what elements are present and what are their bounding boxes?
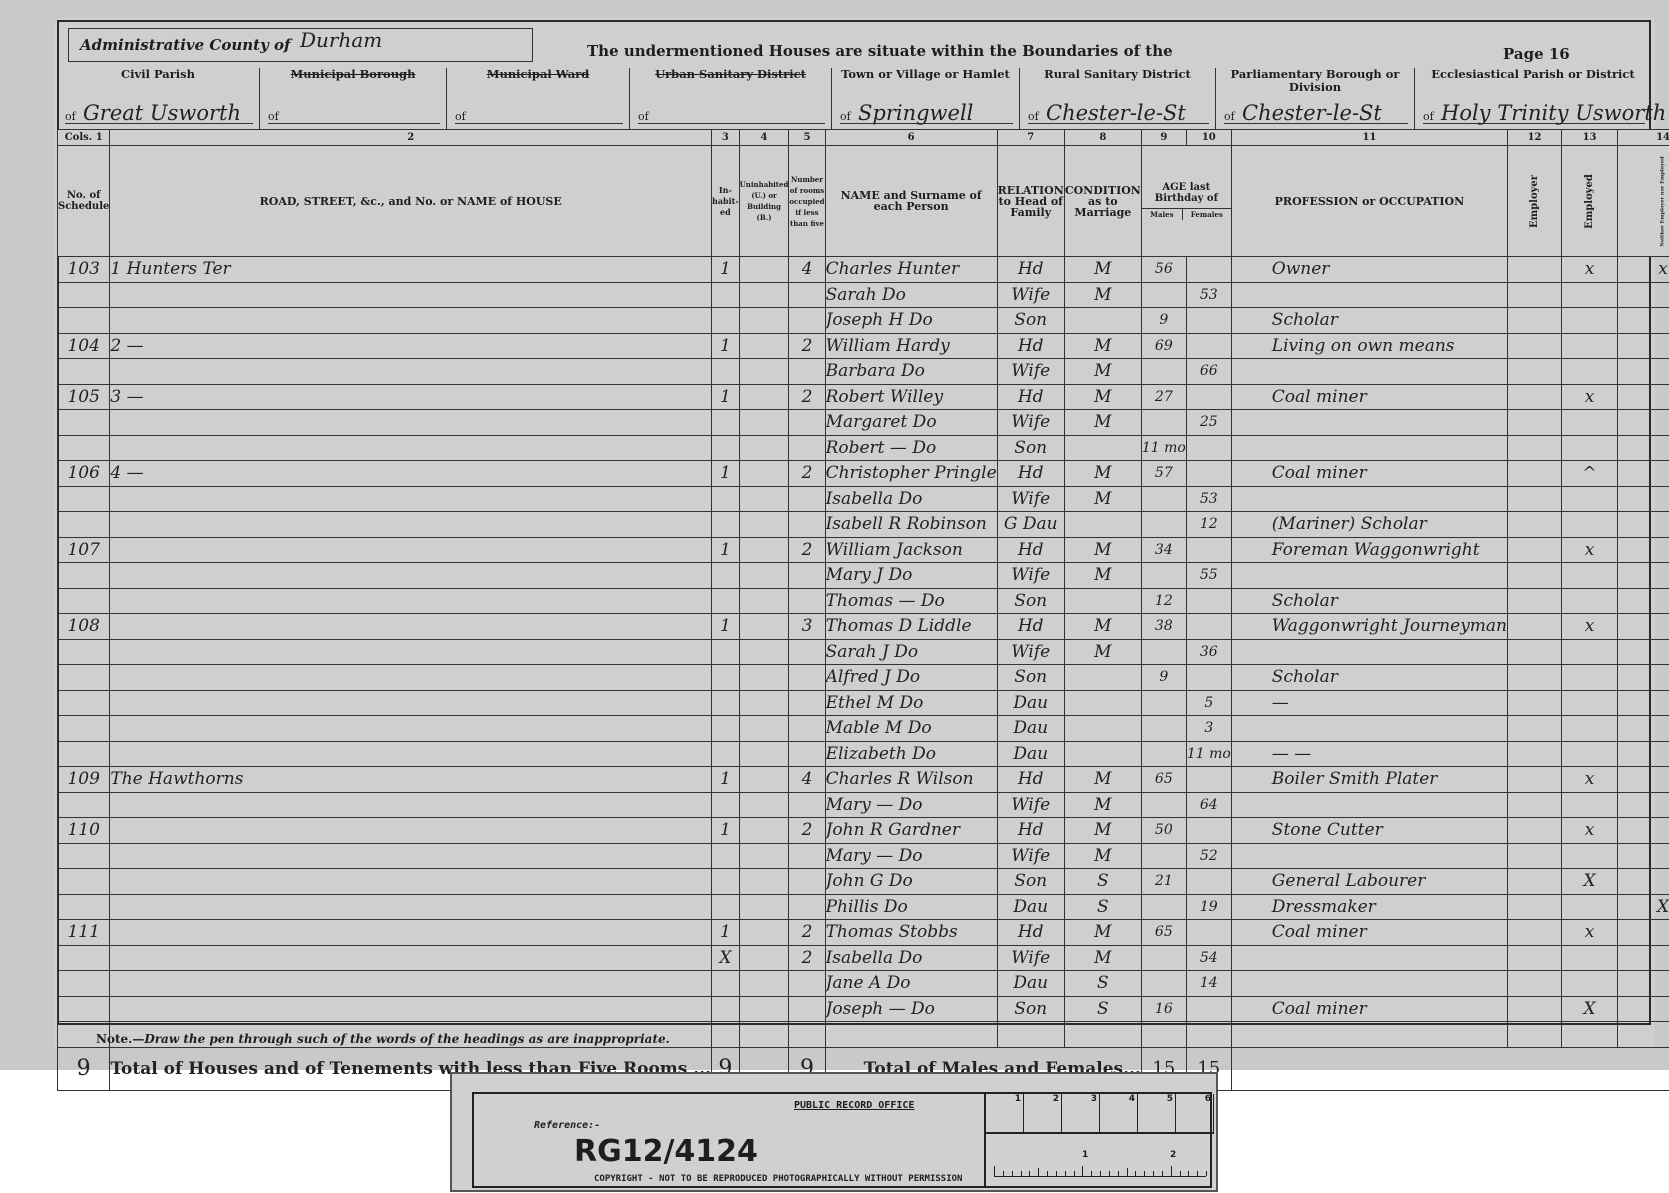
schedule-cell (58, 359, 110, 385)
rooms-cell: 4 (789, 257, 825, 283)
male-age-cell: 21 (1141, 869, 1186, 895)
schedule-cell (58, 410, 110, 436)
ruler-tick (1056, 1171, 1057, 1176)
table-row: Joseph — DoSonS16Coal minerX— Bishop Auc… (58, 996, 1669, 1022)
table-row: Alfred J DoSon9ScholarDo Birtley (58, 665, 1669, 691)
rooms-cell (789, 665, 825, 691)
employed-cell (1562, 1022, 1618, 1048)
heading-uninhabited: Uninhabited (U.) or Building (B.) (739, 146, 789, 257)
occupation-cell (1231, 563, 1507, 589)
condition-cell (1064, 741, 1141, 767)
name-cell: Charles Hunter (825, 257, 997, 283)
occupation-cell: Scholar (1231, 665, 1507, 691)
uninhabited-cell (739, 639, 789, 665)
male-age-cell: 9 (1141, 308, 1186, 334)
female-age-cell (1186, 435, 1231, 461)
table-row: 11112Thomas StobbsHdM65Coal minerx— Wols… (58, 920, 1669, 946)
uninhabited-cell (739, 384, 789, 410)
rooms-cell: 2 (789, 920, 825, 946)
employed-cell: x (1562, 767, 1618, 793)
occupation-cell: Coal miner (1231, 996, 1507, 1022)
inhabited-cell (712, 665, 740, 691)
name-cell: Thomas — Do (825, 588, 997, 614)
of-label: of (268, 110, 279, 123)
female-age-cell (1186, 920, 1231, 946)
male-age-cell (1141, 716, 1186, 742)
table-row: Sarah DoWifeM53— Hetton le Hole (58, 282, 1669, 308)
male-age-cell (1141, 359, 1186, 385)
road-cell (110, 308, 712, 334)
employer-cell (1508, 818, 1562, 844)
employed-cell: X (1562, 869, 1618, 895)
female-age-cell: 36 (1186, 639, 1231, 665)
male-age-cell: 69 (1141, 333, 1186, 359)
column-number: 8 (1064, 130, 1141, 146)
employer-cell (1508, 971, 1562, 997)
of-label: of (1423, 110, 1434, 123)
ruler-cm-mark: 6 (1176, 1094, 1214, 1132)
inhabited-cell (712, 486, 740, 512)
schedule-cell: 105 (58, 384, 110, 410)
district-label: Parliamentary Borough or Division (1216, 68, 1414, 94)
column-number: 6 (825, 130, 997, 146)
name-cell: Sarah Do (825, 282, 997, 308)
male-age-cell: 27 (1141, 384, 1186, 410)
neither-cell (1617, 359, 1669, 385)
road-cell: 4 — (110, 461, 712, 487)
road-cell (110, 843, 712, 869)
inhabited-cell (712, 410, 740, 436)
ruler-cm-mark: 4 (1100, 1094, 1138, 1132)
male-age-cell (1141, 563, 1186, 589)
schedule-cell (58, 282, 110, 308)
condition-cell: M (1064, 257, 1141, 283)
male-age-cell: 12 (1141, 588, 1186, 614)
employed-cell (1562, 563, 1618, 589)
table-row: X2Isabella DoWifeM54Northumberland (58, 945, 1669, 971)
male-age-cell: 50 (1141, 818, 1186, 844)
female-age-cell (1186, 818, 1231, 844)
schedule-cell (58, 308, 110, 334)
female-age-cell (1186, 537, 1231, 563)
relation-cell: Hd (997, 461, 1064, 487)
ruler-tick (1135, 1171, 1136, 1176)
female-age-cell (1186, 384, 1231, 410)
condition-cell: M (1064, 792, 1141, 818)
employer-cell (1508, 741, 1562, 767)
inhabited-cell: 1 (712, 920, 740, 946)
occupation-cell: Living on own means (1231, 333, 1507, 359)
district-value-line: ofChester-le-St (1028, 99, 1209, 124)
name-cell: Sarah J Do (825, 639, 997, 665)
occupation-cell: — (1231, 690, 1507, 716)
road-cell (110, 971, 712, 997)
road-cell (110, 588, 712, 614)
ruler-tick (1180, 1171, 1181, 1176)
of-label: of (455, 110, 466, 123)
inhabited-cell: 1 (712, 384, 740, 410)
schedule-cell: 107 (58, 537, 110, 563)
uninhabited-cell (739, 767, 789, 793)
name-cell: Isabell R Robinson (825, 512, 997, 538)
column-number: 14 (1617, 130, 1669, 146)
name-cell: Charles R Wilson (825, 767, 997, 793)
employer-cell (1508, 512, 1562, 538)
neither-cell (1617, 537, 1669, 563)
schedule-cell (58, 563, 110, 589)
employer-cell (1508, 435, 1562, 461)
female-age-cell (1186, 869, 1231, 895)
condition-cell: M (1064, 486, 1141, 512)
occupation-cell (1231, 359, 1507, 385)
female-age-cell (1186, 257, 1231, 283)
ruler-tick (1109, 1171, 1110, 1176)
road-cell (110, 435, 712, 461)
condition-cell: M (1064, 384, 1141, 410)
heading-relation: RELATION to Head of Family (997, 146, 1064, 257)
ruler-tick (1091, 1171, 1092, 1176)
condition-cell: M (1064, 563, 1141, 589)
heading-females: Females (1182, 209, 1231, 220)
heading-condition: CONDITION as to Marriage (1064, 146, 1141, 257)
condition-cell: M (1064, 945, 1141, 971)
employer-cell (1508, 537, 1562, 563)
employed-cell (1562, 282, 1618, 308)
condition-cell (1064, 512, 1141, 538)
column-number: 4 (739, 130, 789, 146)
page-title: The undermentioned Houses are situate wi… (587, 42, 1173, 60)
employed-cell (1562, 971, 1618, 997)
uninhabited-cell (739, 971, 789, 997)
relation-cell: Hd (997, 920, 1064, 946)
employed-cell: ^ (1562, 461, 1618, 487)
census-table: Cols. 12345678910111213141516 No. of Sch… (57, 129, 1669, 1091)
name-cell: John G Do (825, 869, 997, 895)
table-row: Mary — DoWifeM52— Stanhope (58, 843, 1669, 869)
occupation-cell (1231, 282, 1507, 308)
condition-cell: S (1064, 869, 1141, 895)
road-cell (110, 716, 712, 742)
female-age-cell: 25 (1186, 410, 1231, 436)
employer-cell (1508, 308, 1562, 334)
female-age-cell: 55 (1186, 563, 1231, 589)
relation-cell: Wife (997, 843, 1064, 869)
relation-cell: Wife (997, 945, 1064, 971)
rooms-cell (789, 588, 825, 614)
of-label: of (840, 110, 851, 123)
footnote-label: Note.— (96, 1032, 144, 1046)
ruler-tick (1162, 1171, 1163, 1176)
employed-cell (1562, 639, 1618, 665)
neither-cell (1617, 588, 1669, 614)
schedule-cell (58, 971, 110, 997)
occupation-cell (1231, 843, 1507, 869)
schedule-cell (58, 588, 110, 614)
occupation-cell (1231, 716, 1507, 742)
table-row: Mary — DoWifeM64Northumberland Newburn (58, 792, 1669, 818)
employer-cell (1508, 257, 1562, 283)
rooms-cell (789, 563, 825, 589)
employer-cell (1508, 690, 1562, 716)
rooms-cell: 3 (789, 614, 825, 640)
neither-cell (1617, 614, 1669, 640)
employer-cell (1508, 614, 1562, 640)
table-row: Mary J DoWifeM55Northumberland Allendale (58, 563, 1669, 589)
road-cell (110, 920, 712, 946)
relation-cell: Wife (997, 359, 1064, 385)
condition-cell (1064, 716, 1141, 742)
condition-cell: M (1064, 282, 1141, 308)
male-age-cell (1141, 282, 1186, 308)
male-age-cell (1141, 410, 1186, 436)
rooms-cell (789, 282, 825, 308)
uninhabited-cell (739, 588, 789, 614)
relation-cell: Son (997, 869, 1064, 895)
schedule-cell (58, 792, 110, 818)
relation-cell: Hd (997, 614, 1064, 640)
table-row: Thomas — DoSon12ScholarDurham Fence Hous… (58, 588, 1669, 614)
district-value-line: of (638, 99, 825, 124)
uninhabited-cell (739, 614, 789, 640)
condition-cell: M (1064, 920, 1141, 946)
male-age-cell: 34 (1141, 537, 1186, 563)
inhabited-cell (712, 741, 740, 767)
district-label: Civil Parish (57, 68, 259, 81)
employed-cell (1562, 486, 1618, 512)
rooms-cell (789, 869, 825, 895)
ruler-inch-mark: 2 (1170, 1150, 1176, 1160)
condition-cell (1064, 308, 1141, 334)
name-cell: John R Gardner (825, 818, 997, 844)
neither-cell (1617, 792, 1669, 818)
table-row: 11012John R GardnerHdM50Stone CutterxDur… (58, 818, 1669, 844)
table-row: Sarah J DoWifeM36Durham (58, 639, 1669, 665)
page-number: Page 16 (1503, 45, 1570, 63)
relation-cell: Son (997, 435, 1064, 461)
table-row: 1064 —12Christopher PringleHdM57Coal min… (58, 461, 1669, 487)
female-age-cell (1186, 1022, 1231, 1048)
name-cell: Mable M Do (825, 716, 997, 742)
road-cell (110, 690, 712, 716)
heading-schedule: No. of Schedule (58, 146, 110, 257)
female-age-cell: 19 (1186, 894, 1231, 920)
road-cell (110, 665, 712, 691)
female-age-cell: 3 (1186, 716, 1231, 742)
ruler-cm-mark: 2 (1024, 1094, 1062, 1132)
male-age-cell (1141, 1022, 1186, 1048)
schedule-cell: 103 (58, 257, 110, 283)
table-row: 1042 —12William HardyHdM69Living on own … (58, 333, 1669, 359)
occupation-cell (1231, 971, 1507, 997)
inhabited-cell (712, 282, 740, 308)
district-label: Urban Sanitary District (630, 68, 831, 81)
relation-cell (997, 1022, 1064, 1048)
schedule-cell (58, 716, 110, 742)
uninhabited-cell (739, 920, 789, 946)
reference-stamp: PUBLIC RECORD OFFICE Reference:- RG12/41… (450, 1072, 1218, 1192)
name-cell: Mary J Do (825, 563, 997, 589)
employed-cell: X (1562, 996, 1618, 1022)
neither-cell: X (1617, 894, 1669, 920)
female-age-cell: 53 (1186, 486, 1231, 512)
occupation-cell: Coal miner (1231, 920, 1507, 946)
ruler-tick (1171, 1166, 1172, 1176)
neither-cell (1617, 461, 1669, 487)
employed-cell (1562, 308, 1618, 334)
neither-cell (1617, 767, 1669, 793)
table-row: Elizabeth DoDau11 mo— —Do Springwell (58, 741, 1669, 767)
heading-age-label: AGE last Birthday of (1142, 182, 1231, 204)
relation-cell: G Dau (997, 512, 1064, 538)
relation-cell: Hd (997, 257, 1064, 283)
table-row: Isabell R RobinsonG Dau12(Mariner) Schol… (58, 512, 1669, 538)
schedule-cell (58, 512, 110, 538)
district-label: Rural Sanitary District (1020, 68, 1215, 81)
heading-neither: Neither Employer nor Employed (1617, 146, 1669, 257)
relation-cell: Hd (997, 333, 1064, 359)
employer-cell (1508, 563, 1562, 589)
ruler-tick (1100, 1171, 1101, 1176)
employed-cell (1562, 359, 1618, 385)
neither-cell: x (1617, 257, 1669, 283)
inhabited-cell (712, 869, 740, 895)
employer-cell (1508, 588, 1562, 614)
uninhabited-cell (739, 308, 789, 334)
male-age-cell (1141, 741, 1186, 767)
column-number: 13 (1562, 130, 1618, 146)
road-cell (110, 792, 712, 818)
employed-cell: x (1562, 384, 1618, 410)
inhabited-cell (712, 359, 740, 385)
district-label: Ecclesiastical Parish or District (1415, 68, 1651, 81)
rooms-cell (789, 359, 825, 385)
heading-occupation: PROFESSION or OCCUPATION (1231, 146, 1507, 257)
employer-cell (1508, 410, 1562, 436)
relation-cell: Hd (997, 767, 1064, 793)
neither-cell (1617, 920, 1669, 946)
condition-cell: S (1064, 996, 1141, 1022)
occupation-cell: (Mariner) Scholar (1231, 512, 1507, 538)
male-age-cell: 9 (1141, 665, 1186, 691)
district-field-0: Civil ParishofGreat Usworth (57, 68, 260, 130)
condition-cell: M (1064, 767, 1141, 793)
district-field-6: Parliamentary Borough or DivisionofChest… (1216, 68, 1415, 130)
female-age-cell: 52 (1186, 843, 1231, 869)
admin-county-value: Durham (300, 28, 382, 52)
female-age-cell (1186, 308, 1231, 334)
occupation-cell: — — (1231, 741, 1507, 767)
name-cell: Thomas D Liddle (825, 614, 997, 640)
schedule-cell (58, 996, 110, 1022)
schedule-cell: 110 (58, 818, 110, 844)
table-row: 10712William JacksonHdM34Foreman Waggonw… (58, 537, 1669, 563)
employer-cell (1508, 1022, 1562, 1048)
schedule-cell (58, 894, 110, 920)
road-cell (110, 741, 712, 767)
rooms-cell (789, 741, 825, 767)
relation-cell: Son (997, 665, 1064, 691)
relation-cell: Hd (997, 537, 1064, 563)
rooms-cell (789, 690, 825, 716)
condition-cell: M (1064, 614, 1141, 640)
inhabited-cell: 1 (712, 767, 740, 793)
column-number: Cols. 1 (58, 130, 110, 146)
name-cell: Ethel M Do (825, 690, 997, 716)
male-age-cell (1141, 690, 1186, 716)
occupation-cell: Dressmaker (1231, 894, 1507, 920)
occupation-cell: Coal miner (1231, 461, 1507, 487)
name-cell: Mary — Do (825, 792, 997, 818)
table-row: Margaret DoWifeM25Do Gravel (58, 410, 1669, 436)
schedule-cell (58, 665, 110, 691)
schedule-cell (58, 435, 110, 461)
district-field-2: Municipal Wardof (447, 68, 630, 130)
table-row: 1053 —12Robert WilleyHdM27Coal minerxDur… (58, 384, 1669, 410)
road-cell: 2 — (110, 333, 712, 359)
schedule-cell (58, 843, 110, 869)
district-label: Town or Village or Hamlet (832, 68, 1019, 81)
occupation-cell: Scholar (1231, 588, 1507, 614)
inhabited-cell (712, 971, 740, 997)
male-age-cell (1141, 971, 1186, 997)
road-cell: 3 — (110, 384, 712, 410)
relation-cell: Dau (997, 971, 1064, 997)
occupation-cell (1231, 945, 1507, 971)
neither-cell (1617, 435, 1669, 461)
inhabited-cell (712, 1022, 740, 1048)
female-age-cell: 14 (1186, 971, 1231, 997)
district-value-line: of (455, 99, 623, 124)
neither-cell (1617, 869, 1669, 895)
neither-cell (1617, 1022, 1669, 1048)
occupation-cell: Stone Cutter (1231, 818, 1507, 844)
relation-cell: Wife (997, 563, 1064, 589)
relation-cell: Son (997, 308, 1064, 334)
district-value: Springwell (858, 101, 973, 125)
name-cell: Isabella Do (825, 486, 997, 512)
employer-cell (1508, 869, 1562, 895)
employed-cell (1562, 690, 1618, 716)
employed-cell (1562, 945, 1618, 971)
table-row: Mable M DoDau3Do Do (58, 716, 1669, 742)
of-label: of (1028, 110, 1039, 123)
employed-cell (1562, 894, 1618, 920)
ruler-inch-mark: 1 (1082, 1150, 1088, 1160)
district-field-3: Urban Sanitary Districtof (630, 68, 832, 130)
condition-cell (1064, 1022, 1141, 1048)
employer-cell (1508, 639, 1562, 665)
occupation-cell: General Labourer (1231, 869, 1507, 895)
stamp-copyright: COPYRIGHT - NOT TO BE REPRODUCED PHOTOGR… (594, 1174, 962, 1184)
uninhabited-cell (739, 410, 789, 436)
road-cell (110, 639, 712, 665)
name-cell: Thomas Stobbs (825, 920, 997, 946)
inhabited-cell (712, 563, 740, 589)
heading-males: Males (1142, 209, 1182, 220)
neither-cell (1617, 512, 1669, 538)
ruler-tick (1003, 1171, 1004, 1176)
employer-cell (1508, 359, 1562, 385)
inhabited-cell (712, 512, 740, 538)
stamp-office: PUBLIC RECORD OFFICE (794, 1100, 914, 1111)
male-age-cell: 56 (1141, 257, 1186, 283)
relation-cell: Dau (997, 741, 1064, 767)
uninhabited-cell (739, 435, 789, 461)
ruler-tick (1082, 1166, 1083, 1176)
uninhabited-cell (739, 869, 789, 895)
relation-cell: Wife (997, 639, 1064, 665)
name-cell: Isabella Do (825, 945, 997, 971)
